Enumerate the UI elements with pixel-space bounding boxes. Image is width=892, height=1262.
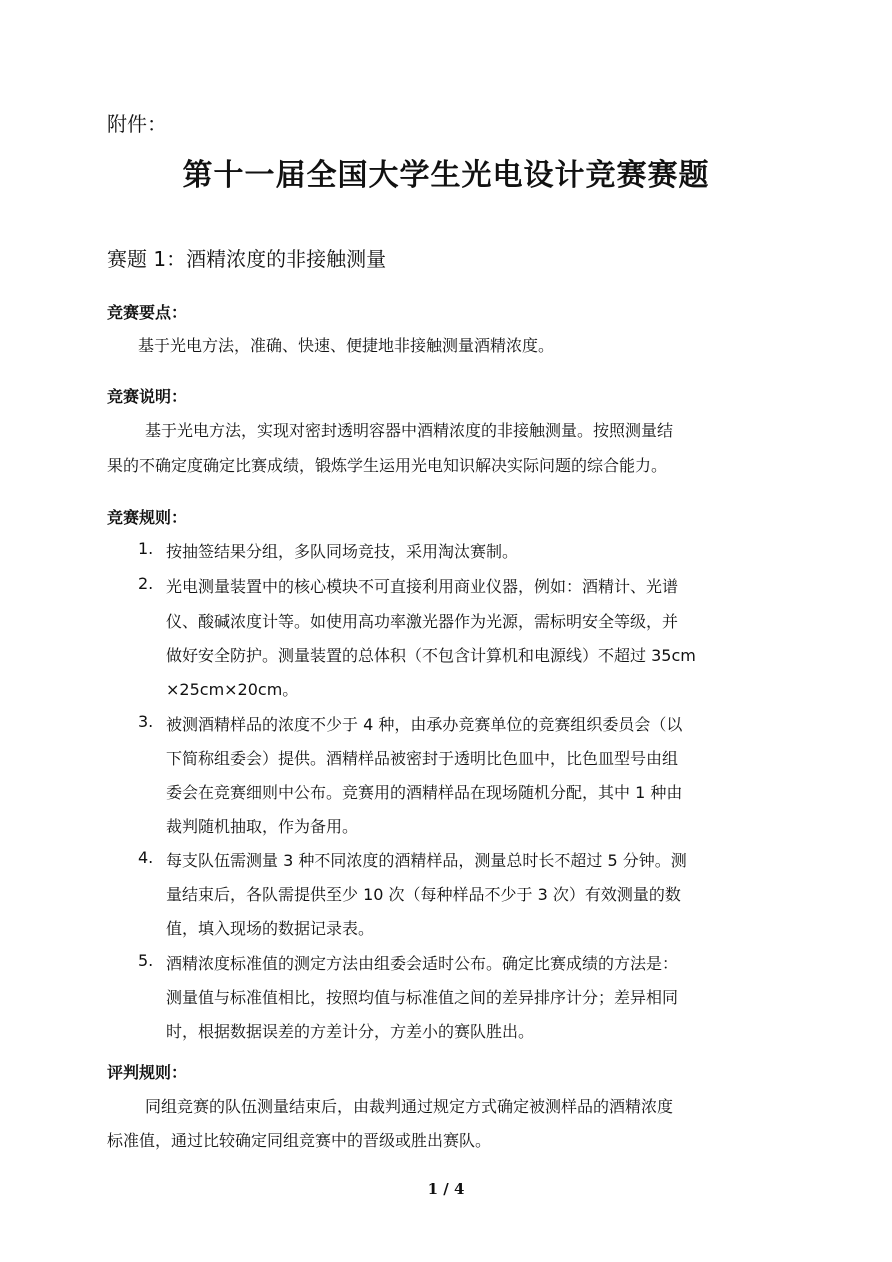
rule-line: 委会在竞赛细则中公布。竞赛用的酒精样品在现场随机分配，其中 1 种由: [166, 780, 682, 803]
rule-line: 值，填入现场的数据记录表。: [166, 916, 374, 939]
rule-line: 光电测量装置中的核心模块不可直接利用商业仪器，例如：酒精计、光谱: [166, 574, 678, 597]
rule-line: ×25cm×20cm。: [166, 677, 298, 700]
attachment-label: 附件：: [107, 108, 167, 137]
key-points-text: 基于光电方法，准确、快速、便捷地非接触测量酒精浓度。: [138, 333, 554, 356]
rule-line: 仪、酸碱浓度计等。如使用高功率激光器作为光源，需标明安全等级，并: [166, 609, 678, 632]
judging-line: 同组竞赛的队伍测量结束后，由裁判通过规定方式确定被测样品的酒精浓度: [145, 1094, 673, 1117]
rule-number: 4.: [138, 848, 153, 867]
rule-line: 测量值与标准值相比，按照均值与标准值之间的差异排序计分；差异相同: [166, 985, 678, 1008]
document-title: 第十一届全国大学生光电设计竞赛赛题: [0, 150, 892, 194]
rules-heading: 竞赛规则：: [107, 505, 187, 528]
rule-line: 被测酒精样品的浓度不少于 4 种，由承办竞赛单位的竞赛组织委员会（以: [166, 712, 682, 735]
rule-line: 按抽签结果分组，多队同场竞技，采用淘汰赛制。: [166, 539, 518, 562]
topic-heading: 赛题 1：酒精浓度的非接触测量: [107, 243, 386, 272]
key-points-heading: 竞赛要点：: [107, 300, 187, 323]
rule-line: 下简称组委会）提供。酒精样品被密封于透明比色皿中，比色皿型号由组: [166, 746, 678, 769]
rule-line: 做好安全防护。测量装置的总体积（不包含计算机和电源线）不超过 35cm: [166, 643, 696, 666]
rule-line: 裁判随机抽取，作为备用。: [166, 814, 358, 837]
rule-number: 3.: [138, 712, 153, 731]
rule-line: 每支队伍需测量 3 种不同浓度的酒精样品，测量总时长不超过 5 分钟。测: [166, 848, 687, 871]
rule-line: 酒精浓度标准值的测定方法由组委会适时公布。确定比赛成绩的方法是：: [166, 951, 678, 974]
description-line: 果的不确定度确定比赛成绩，锻炼学生运用光电知识解决实际问题的综合能力。: [107, 453, 667, 476]
judging-heading: 评判规则：: [107, 1060, 187, 1083]
page-number: 1 / 4: [0, 1180, 892, 1198]
rule-line: 量结束后，各队需提供至少 10 次（每种样品不少于 3 次）有效测量的数: [166, 882, 681, 905]
judging-line: 标准值，通过比较确定同组竞赛中的晋级或胜出赛队。: [107, 1128, 491, 1151]
rule-number: 5.: [138, 951, 153, 970]
rule-number: 1.: [138, 539, 153, 558]
description-heading: 竞赛说明：: [107, 384, 187, 407]
rule-line: 时，根据数据误差的方差计分，方差小的赛队胜出。: [166, 1019, 534, 1042]
description-line: 基于光电方法，实现对密封透明容器中酒精浓度的非接触测量。按照测量结: [145, 418, 673, 441]
rule-number: 2.: [138, 574, 153, 593]
